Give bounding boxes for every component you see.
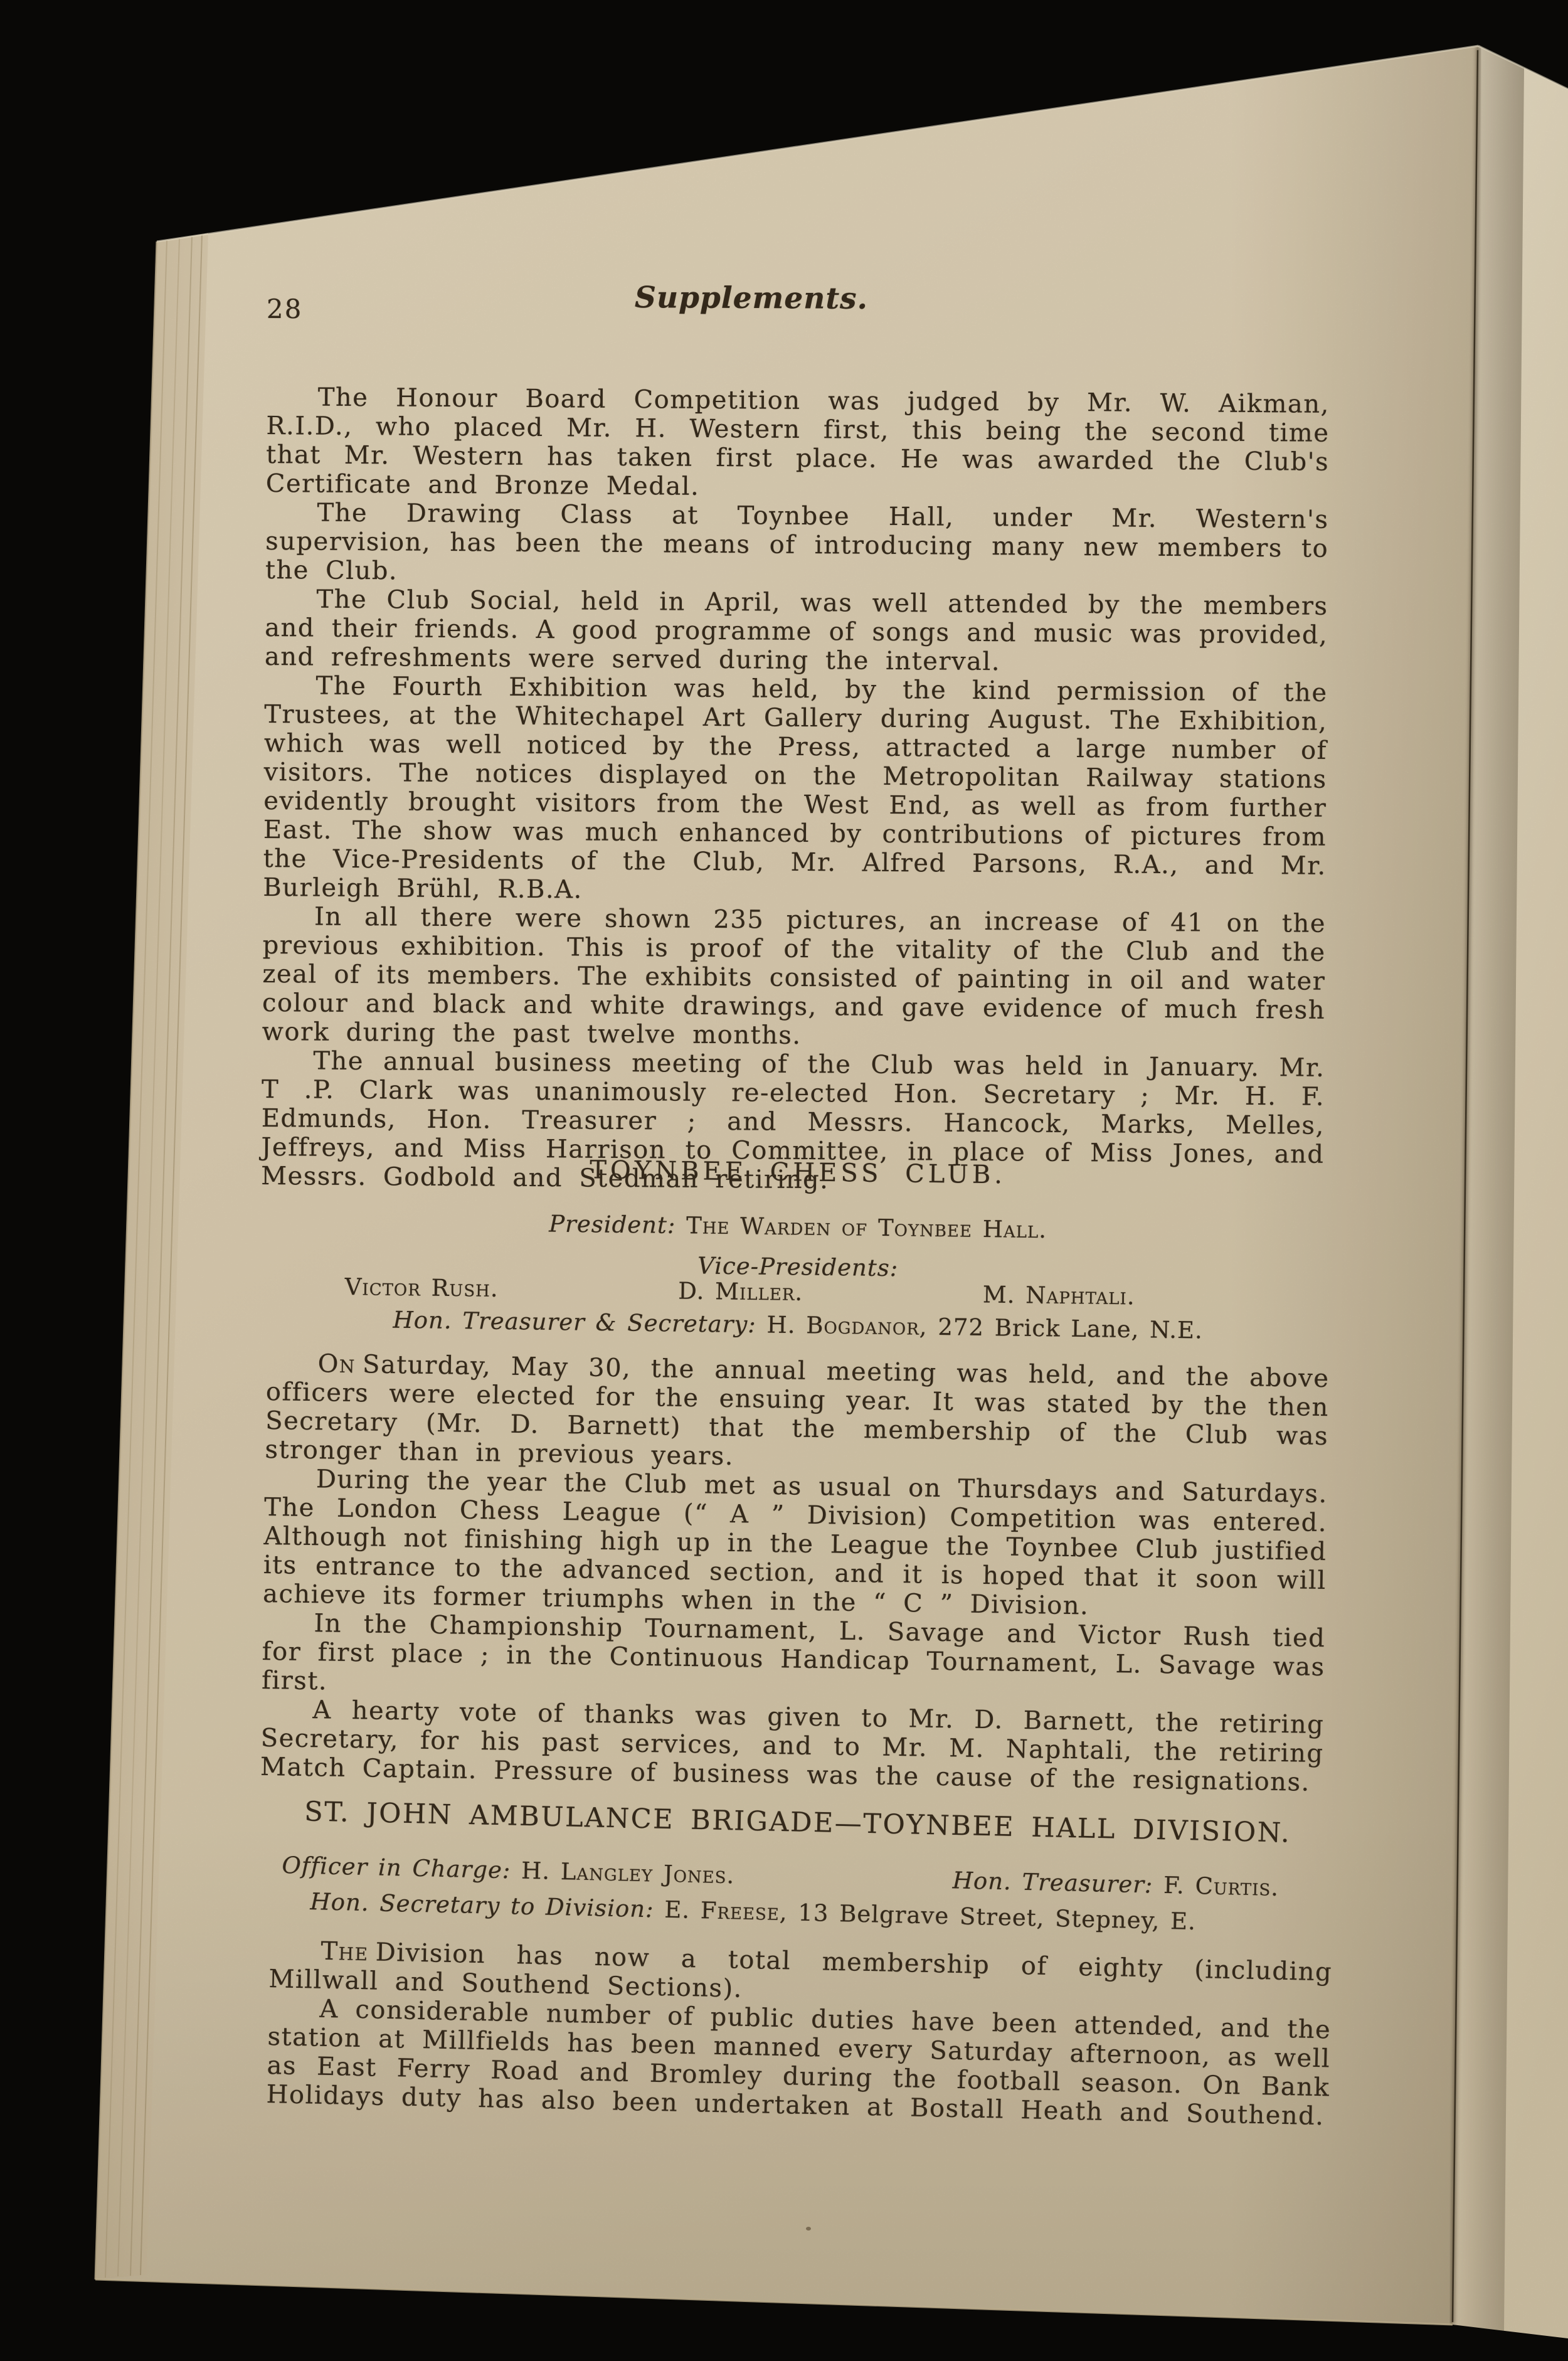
officer-label: Officer in Charge: — [282, 1852, 511, 1884]
photographed-book-page: 28 Supplements. The Honour Board Competi… — [0, 0, 1568, 2361]
secretary-name: E. Freese, — [664, 1896, 788, 1926]
paragraph-text: The Honour Board Competition was judged … — [266, 383, 1330, 501]
paragraph-text: Saturday, May 30, the annual meeting was… — [265, 1350, 1330, 1471]
secretary-address: 13 Belgrave Street, Stepney, E. — [798, 1899, 1196, 1935]
paragraph-text: In all there were shown 235 pictures, an… — [262, 903, 1327, 1050]
treasurer-name: F. Curtis. — [1163, 1872, 1279, 1901]
vice-president-name: M. Naphtali. — [983, 1281, 1135, 1310]
paragraph: In all there were shown 235 pictures, an… — [262, 902, 1327, 1054]
chess-president-line: President: The Warden of Toynbee Hall. — [266, 1207, 1329, 1247]
paragraph: The Honour Board Competition was judged … — [266, 383, 1330, 506]
paragraph: The Drawing Class at Toynbee Hall, under… — [265, 498, 1329, 592]
chess-treasurer-line: Hon. Treasurer & Secretary: H. Bogdanor,… — [266, 1305, 1329, 1345]
paragraph: The Fourth Exhibition was held, by the k… — [263, 671, 1328, 910]
paragraph-text: The Club Social, held in April, was well… — [265, 585, 1328, 677]
officer-in-charge: Officer in Charge: H. Langley Jones. — [282, 1852, 735, 1889]
paragraph-text: During the year the Club met as usual on… — [263, 1465, 1328, 1620]
ambulance-section-heading: ST. JOHN AMBULANCE BRIGADE—TOYNBEE HALL … — [266, 1795, 1330, 1850]
ambulance-section-body: TheDivision has now a total membership o… — [266, 1936, 1332, 2131]
secretary-label: Hon. Secretary to Division: — [310, 1888, 654, 1923]
page-text: 28 Supplements. The Honour Board Competi… — [0, 0, 1568, 2361]
lead-word: On — [317, 1349, 356, 1379]
paragraph: A hearty vote of thanks was given to Mr.… — [260, 1695, 1325, 1797]
page-number: 28 — [267, 294, 303, 324]
club-report-section: The Honour Board Competition was judged … — [261, 383, 1330, 1198]
vice-president-name: D. Miller. — [678, 1277, 803, 1305]
hon-treasurer: Hon. Treasurer: F. Curtis. — [952, 1867, 1279, 1901]
paragraph: The Club Social, held in April, was well… — [265, 585, 1328, 679]
paragraph-text: In the Championship Tournament, L. Savag… — [262, 1609, 1326, 1695]
treasurer-label: Hon. Treasurer: — [952, 1867, 1153, 1898]
treasurer-label: Hon. Treasurer & Secretary: — [393, 1307, 756, 1339]
vice-president-name: Victor Rush. — [344, 1273, 498, 1302]
president-name: The Warden of Toynbee Hall. — [686, 1212, 1047, 1243]
paragraph: A considerable number of public duties h… — [266, 1993, 1331, 2131]
paragraph: In the Championship Tournament, L. Savag… — [262, 1608, 1326, 1711]
treasurer-name: H. Bogdanor, — [766, 1311, 928, 1340]
paragraph-text: The Drawing Class at Toynbee Hall, under… — [265, 499, 1329, 586]
paragraph-text: A considerable number of public duties h… — [266, 1995, 1331, 2131]
paragraph-text: The Fourth Exhibition was held, by the k… — [263, 672, 1328, 905]
paragraph-text: A hearty vote of thanks was given to Mr.… — [260, 1695, 1325, 1797]
officer-name: H. Langley Jones. — [521, 1857, 735, 1889]
paragraph-text: Division has now a total membership of e… — [268, 1938, 1333, 2003]
treasurer-address: 272 Brick Lane, N.E. — [938, 1313, 1203, 1344]
chess-section-body: OnSaturday, May 30, the annual meeting w… — [260, 1349, 1330, 1797]
running-title: Supplements. — [635, 280, 868, 316]
lead-word: The — [320, 1937, 369, 1967]
paragraph: During the year the Club met as usual on… — [263, 1464, 1328, 1624]
president-label: President: — [549, 1211, 676, 1239]
paragraph: OnSaturday, May 30, the annual meeting w… — [265, 1349, 1330, 1480]
